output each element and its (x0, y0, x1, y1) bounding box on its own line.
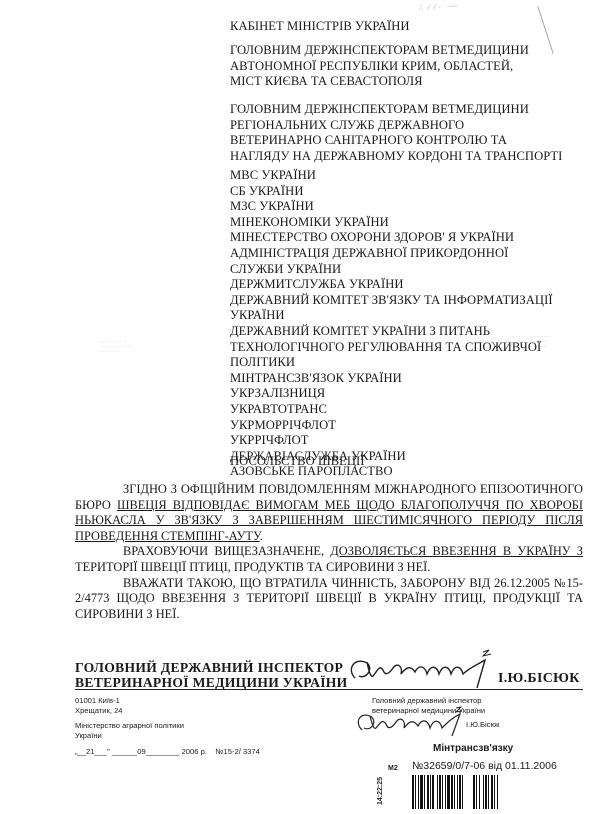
addressee-line: КАБІНЕТ МІНІСТРІВ УКРАЇНИ (230, 19, 410, 35)
barcode-bar (465, 775, 473, 809)
addressee-line: УКРМОРРІЧФЛОТ (230, 418, 553, 434)
registration-barcode (412, 775, 499, 809)
addressee-line: РЕГІОНАЛЬНИХ СЛУЖБ ДЕРЖАВНОГО (230, 118, 562, 134)
copy-signatory-name: І.Ю.Бісюк (466, 720, 500, 730)
registration-organization: Мінтрансзв'язку (433, 743, 513, 754)
outgoing-date-number: „__21___" ______09________ 2006 р. №15-2… (75, 747, 260, 757)
addressee-line: АВТОНОМНОЇ РЕСПУБЛІКИ КРИМ, ОБЛАСТЕЙ, (230, 59, 529, 75)
addressee-block-2: ГОЛОВНИМ ДЕРЖІНСПЕКТОРАМ ВЕТМЕДИЦИНИ АВТ… (230, 43, 529, 90)
addressee-line: УКРРІЧФЛОТ (230, 433, 553, 449)
letter-body: ЗГІДНО З ОФІЦІЙНИМ ПОВІДОМЛЕННЯМ МІЖНАРО… (75, 482, 583, 622)
addressee-line: УКРАВТОТРАНС (230, 402, 553, 418)
addressee-line: НАГЛЯДУ НА ДЕРЖАВНОМУ КОРДОНІ ТА ТРАНСПО… (230, 149, 562, 165)
addressee-line: ПОСОЛЬСТВО ШВЕЦІЇ (230, 454, 365, 470)
signature-line (75, 689, 583, 690)
addressee-line: СЛУЖБИ УКРАЇНИ (230, 262, 553, 278)
sender-ministry: Міністерство аграрної політики України (75, 721, 184, 740)
addressee-line: МІСТ КИЄВА ТА СЕВАСТОПОЛЯ (230, 74, 529, 90)
addressee-block-1: КАБІНЕТ МІНІСТРІВ УКРАЇНИ (230, 19, 410, 35)
addressee-line: МІНЕСТЕРСТВО ОХОРОНИ ЗДОРОВ' Я УКРАЇНИ (230, 230, 553, 246)
addressee-line: ДЕРЖАВНИЙ КОМІТЕТ УКРАЇНИ З ПИТАНЬ (230, 324, 553, 340)
sender-address: 01001 Київ-1 Хрещатик, 24 (75, 696, 123, 715)
scan-marks: ⁄. ·⁄ ·∕ ·· ·—· (420, 1, 460, 13)
addressee-line: АДМІНІСТРАЦІЯ ДЕРЖАВНОЇ ПРИКОРДОННОЇ (230, 246, 553, 262)
signatory-name: І.Ю.БІСЮК (498, 671, 580, 687)
addressee-block-3: ГОЛОВНИМ ДЕРЖІНСПЕКТОРАМ ВЕТМЕДИЦИНИ РЕГ… (230, 102, 562, 164)
addressee-line: СБ УКРАЇНИ (230, 184, 553, 200)
addressee-line: МІНЕКОНОМІКИ УКРАЇНИ (230, 215, 553, 231)
signatory-title: ГОЛОВНИЙ ДЕРЖАВНИЙ ІНСПЕКТОР ВЕТЕРИНАРНО… (75, 660, 348, 690)
addressee-block-5: ПОСОЛЬСТВО ШВЕЦІЇ (230, 454, 365, 470)
addressee-line: ГОЛОВНИМ ДЕРЖІНСПЕКТОРАМ ВЕТМЕДИЦИНИ (230, 102, 562, 118)
addressee-line: ДЕРЖАВНИЙ КОМІТЕТ ЗВ'ЯЗКУ ТА ІНФОРМАТИЗА… (230, 293, 553, 309)
handwritten-signature (345, 648, 505, 692)
paragraph-3: ВВАЖАТИ ТАКОЮ, ЩО ВТРАТИЛА ЧИННІСТЬ, ЗАБ… (75, 576, 583, 623)
addressee-line: УКРЗАЛІЗНИЦЯ (230, 386, 553, 402)
addressee-line: ГОЛОВНИМ ДЕРЖІНСПЕКТОРАМ ВЕТМЕДИЦИНИ (230, 43, 529, 59)
addressee-block-4: МВС УКРАЇНИ СБ УКРАЇНИ МЗС УКРАЇНИ МІНЕК… (230, 168, 553, 480)
fold-mark (537, 6, 553, 54)
addressee-line: УКРАЇНИ (230, 308, 553, 324)
paragraph-1: ЗГІДНО З ОФІЦІЙНИМ ПОВІДОМЛЕННЯМ МІЖНАРО… (75, 482, 583, 544)
copy-handwritten-signature (352, 706, 472, 738)
registration-prefix: М2 (388, 764, 398, 774)
registration-time: 14:22:25 (376, 777, 386, 805)
underlined-text: ДОЗВОЛЯЄТЬСЯ ВВЕЗЕННЯ В УКРАЇНУ З (330, 544, 583, 558)
addressee-line: МІНТРАНСЗВ'ЯЗОК УКРАЇНИ (230, 371, 553, 387)
paragraph-2: ВРАХОВУЮЧИ ВИЩЕЗАЗНАЧЕНЕ, ДОЗВОЛЯЄТЬСЯ В… (75, 544, 583, 575)
addressee-line: МЗС УКРАЇНИ (230, 199, 553, 215)
addressee-line: ТЕХНОЛОГІЧНОГО РЕГУЛЮВАННЯ ТА СПОЖИВЧОЇ (230, 340, 553, 356)
faded-stamp-left: ······ ···· ···· ········· ·············… (100, 340, 133, 355)
addressee-line: ВЕТЕРИНАРНО САНІТАРНОГО КОНТРОЛЮ ТА (230, 133, 562, 149)
addressee-line: ПОЛІТИКИ (230, 355, 553, 371)
barcode-bar (498, 775, 499, 809)
registration-number: №32659/0/7-06 від 01.11.2006 (412, 760, 557, 772)
addressee-line: МВС УКРАЇНИ (230, 168, 553, 184)
addressee-line: ДЕРЖМИТСЛУЖБА УКРАЇНИ (230, 277, 553, 293)
underlined-text: ШВЕЦІЯ ВІДПОВІДАЄ ВИМОГАМ МЕБ ЩОДО БЛАГО… (75, 498, 583, 543)
